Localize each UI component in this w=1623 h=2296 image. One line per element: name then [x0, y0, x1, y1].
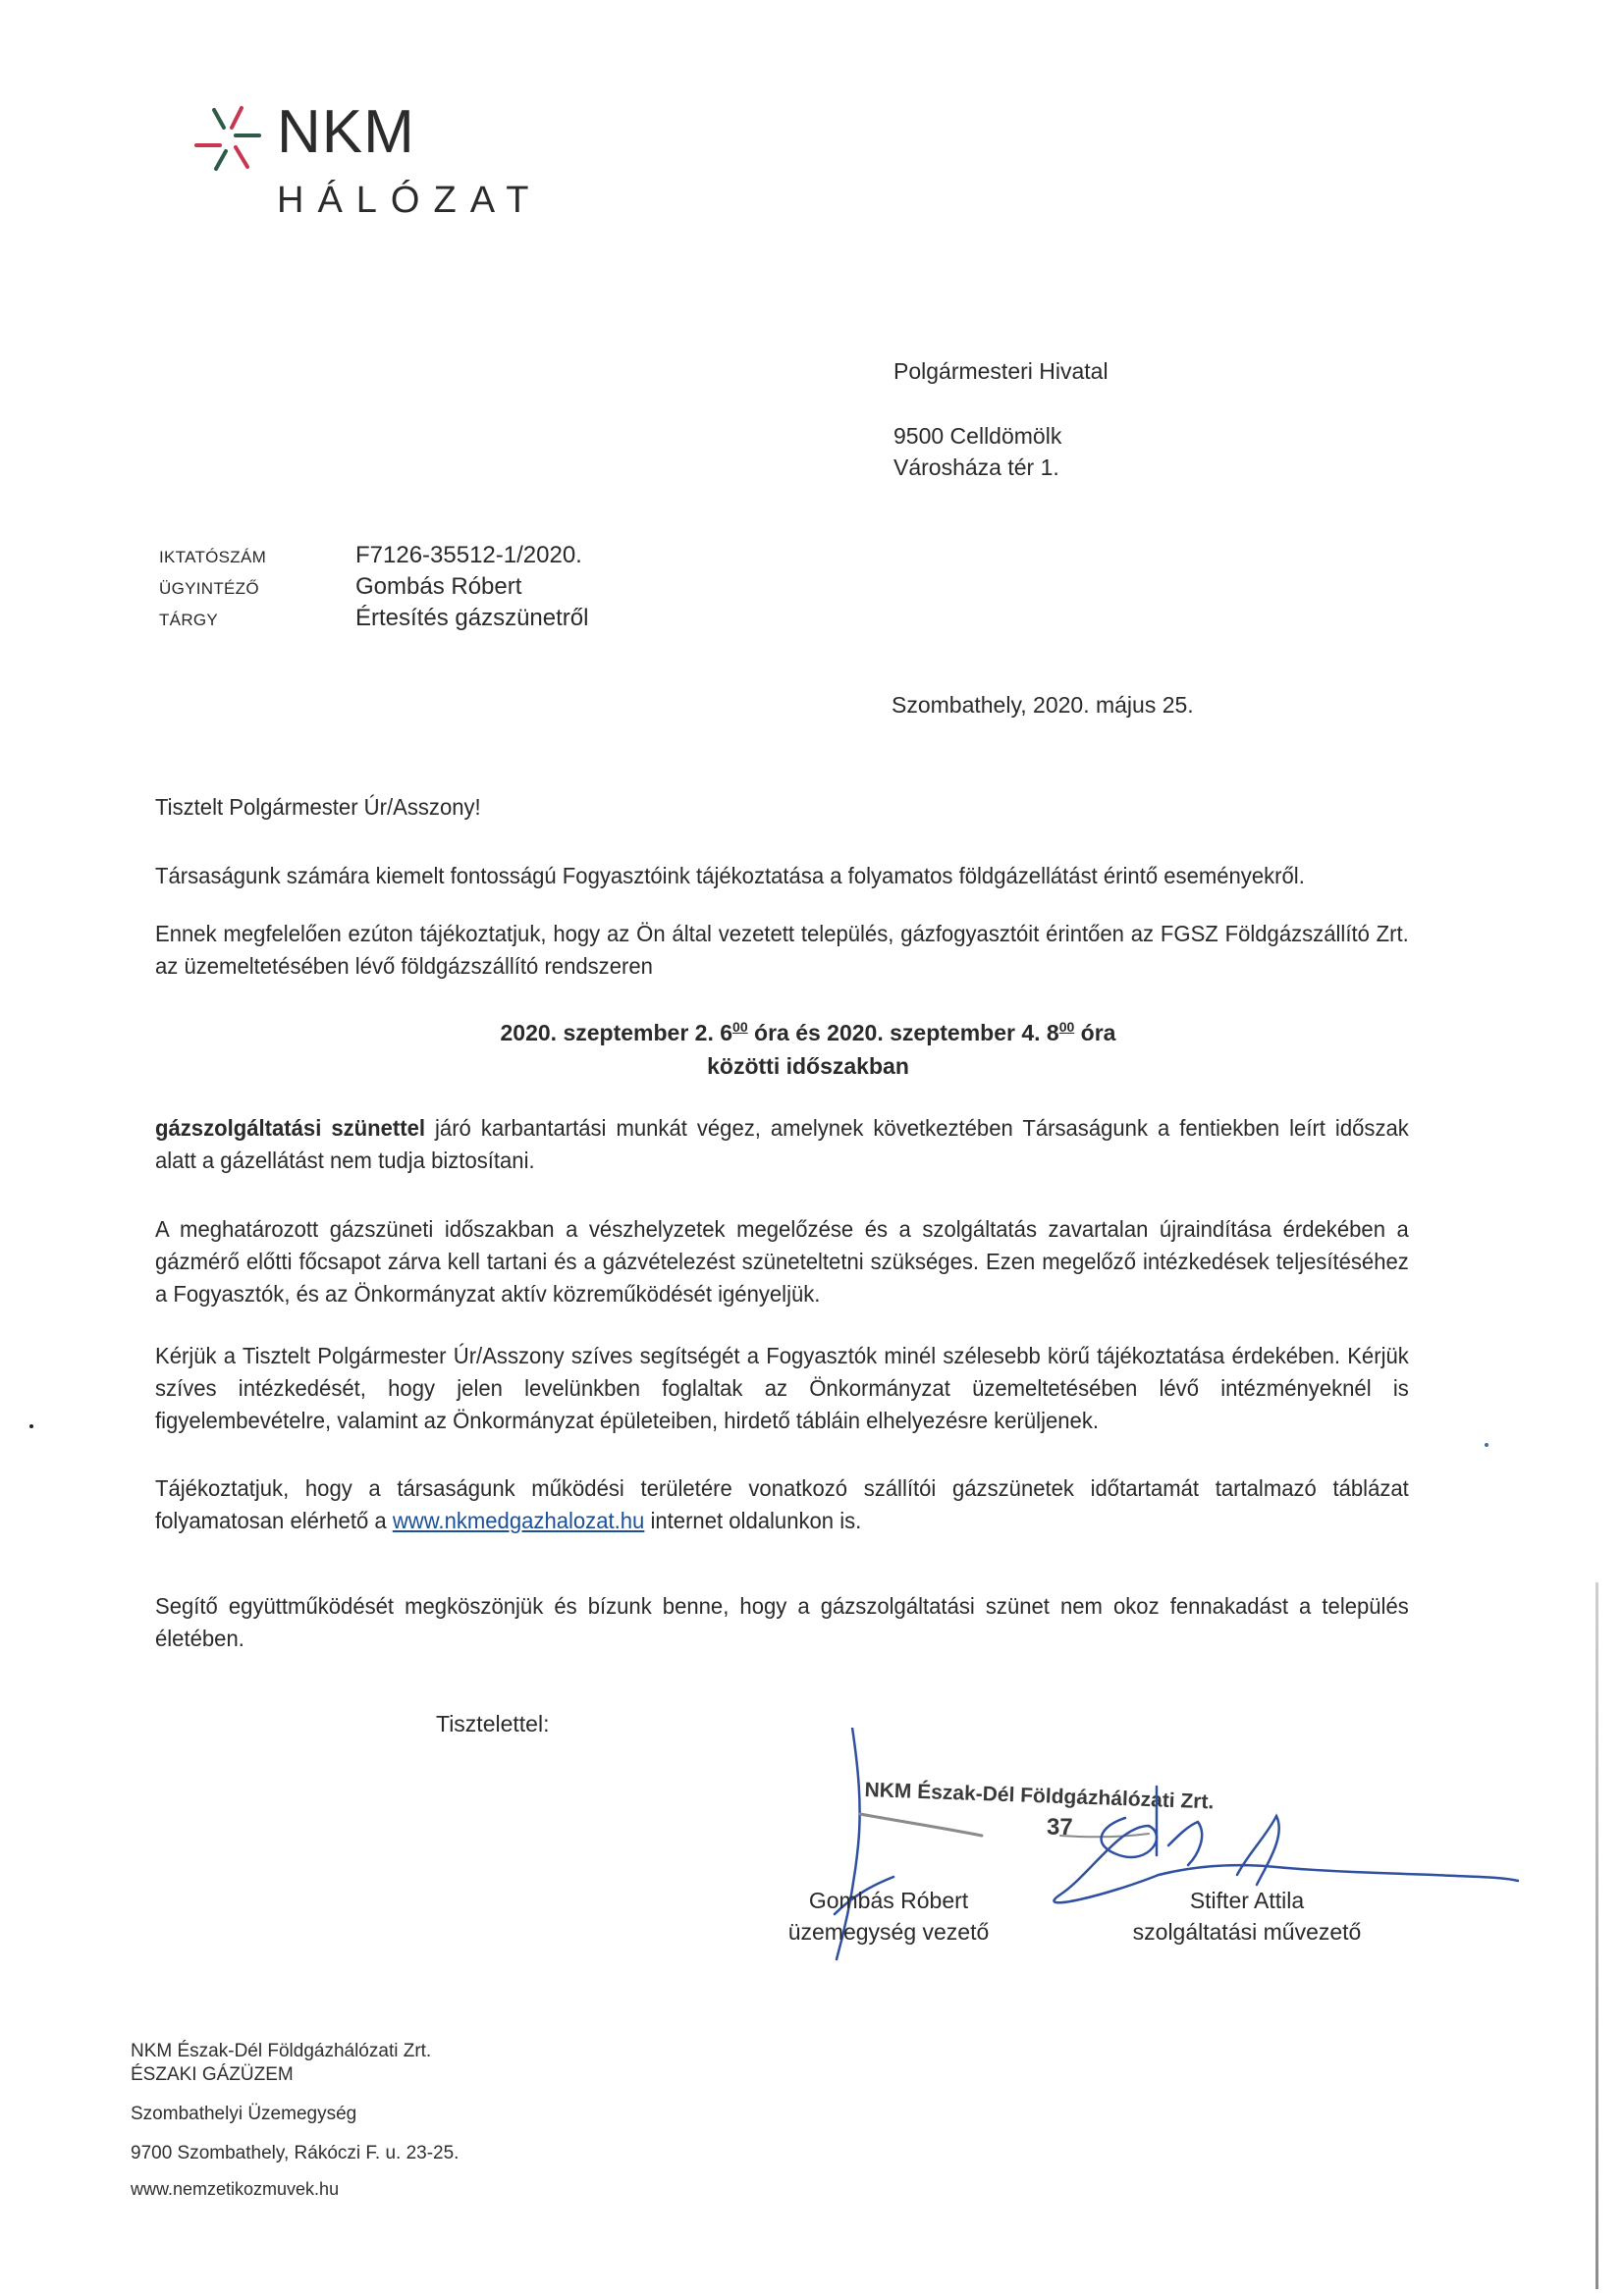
website-link[interactable]: www.nkmedgazhalozat.hu: [393, 1508, 645, 1533]
outage-hour-label: óra: [1074, 1020, 1115, 1045]
paragraph: gázszolgáltatási szünettel járó karbanta…: [155, 1112, 1409, 1177]
reference-number: F7126-35512-1/2020.: [355, 542, 582, 569]
paragraph: Tájékoztatjuk, hogy a társaságunk működé…: [155, 1472, 1409, 1537]
signer-name: Gombás Róbert: [756, 1885, 1021, 1916]
footer-address: 9700 Szombathely, Rákóczi F. u. 23-25.: [131, 2142, 459, 2165]
paragraph: Segítő együttműködését megköszönjük és b…: [155, 1590, 1409, 1655]
paragraph-text: internet oldalunkon is.: [644, 1508, 861, 1533]
outage-period-line1: 2020. szeptember 2. 600 óra és 2020. sze…: [155, 1016, 1461, 1049]
scan-speck: [1485, 1443, 1488, 1447]
footer-company: NKM Észak-Dél Földgázhálózati Zrt.: [131, 2040, 431, 2063]
footer-division: ÉSZAKI GÁZÜZEM: [131, 2063, 294, 2087]
footer-website: www.nemzetikozmuvek.hu: [131, 2177, 339, 2201]
outage-start: 2020. szeptember 2. 6: [501, 1020, 733, 1045]
outage-period-line2: közötti időszakban: [155, 1049, 1461, 1083]
scan-speck: [29, 1424, 33, 1428]
signer-name: Stifter Attila: [1100, 1885, 1394, 1916]
signer-block: Stifter Attila szolgáltatási művezető: [1100, 1885, 1394, 1948]
addressee-name: Polgármesteri Hivatal: [893, 357, 1109, 385]
paragraph: Társaságunk számára kiemelt fontosságú F…: [155, 860, 1409, 892]
signer-title: üzemegység vezető: [756, 1916, 1021, 1948]
emphasis: gázszolgáltatási szünettel: [155, 1115, 425, 1141]
nkm-spark-icon: [192, 102, 263, 173]
footer-unit: Szombathelyi Üzemegység: [131, 2103, 356, 2126]
subject: Értesítés gázszünetről: [355, 605, 588, 632]
salutation: Tisztelt Polgármester Úr/Asszony!: [155, 791, 1409, 824]
paragraph: Kérjük a Tisztelt Polgármester Úr/Asszon…: [155, 1340, 1409, 1437]
logo-brand: NKM: [277, 102, 415, 163]
addressee-street: Városháza tér 1.: [893, 454, 1059, 481]
paragraph: A meghatározott gázszüneti időszakban a …: [155, 1213, 1409, 1310]
place-date: Szombathely, 2020. május 25.: [892, 691, 1194, 719]
logo-subbrand: HÁLÓZAT: [277, 181, 542, 220]
signer-title: szolgáltatási művezető: [1100, 1916, 1394, 1948]
scan-edge-line: [1596, 1582, 1598, 2289]
reference-label: ÜGYINTÉZŐ: [159, 578, 259, 600]
outage-end: óra és 2020. szeptember 4. 8: [748, 1020, 1059, 1045]
case-officer: Gombás Róbert: [355, 573, 521, 601]
reference-label: IKTATÓSZÁM: [159, 547, 266, 568]
closing: Tisztelettel:: [436, 1710, 549, 1737]
outage-end-minutes: 00: [1059, 1019, 1075, 1035]
signer-block: Gombás Róbert üzemegység vezető: [756, 1885, 1021, 1948]
addressee-city: 9500 Celldömölk: [893, 422, 1061, 450]
paragraph: Ennek megfelelően ezúton tájékoztatjuk, …: [155, 918, 1409, 983]
outage-start-minutes: 00: [732, 1019, 748, 1035]
outage-period: 2020. szeptember 2. 600 óra és 2020. sze…: [155, 1016, 1461, 1083]
reference-label: TÁRGY: [159, 610, 218, 631]
